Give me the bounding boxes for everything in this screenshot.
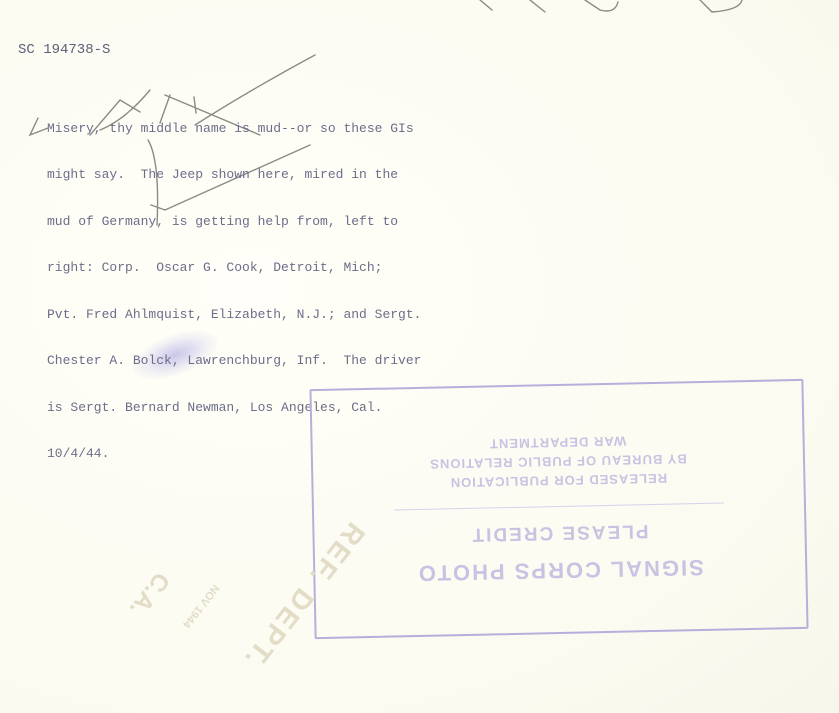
stamp-line: PLEASE CREDIT: [470, 519, 648, 545]
stamp-divider: [394, 503, 724, 511]
caption-line: might say. The Jeep shown here, mired in…: [47, 167, 421, 183]
caption-line: Chester A. Bolck, Lawrenchburg, Inf. The…: [47, 353, 421, 369]
stamp-line: WAR DEPARTMENT: [489, 434, 627, 452]
caption-line: Pvt. Fred Ahlmquist, Elizabeth, N.J.; an…: [47, 307, 421, 323]
ref-dept-text: REF. DEPT.: [237, 516, 372, 676]
ref-dept-initials: C.A.: [123, 566, 175, 621]
caption-line: Misery, thy middle name is mud--or so th…: [47, 121, 421, 137]
faint-ref-dept-stamp: REF. DEPT. C.A. NOV 1944: [95, 540, 395, 700]
caption-line: mud of Germany, is getting help from, le…: [47, 214, 421, 230]
ref-dept-date: NOV 1944: [180, 582, 221, 630]
stamp-line: RELEASED FOR PUBLICATION: [450, 471, 668, 491]
stamp-line: SIGNAL CORPS PHOTO: [417, 554, 704, 586]
photo-id: SC 194738-S: [18, 43, 421, 59]
caption-line: right: Corp. Oscar G. Cook, Detroit, Mic…: [47, 260, 421, 276]
stamp-line: BY BUREAU OF PUBLIC RELATIONS: [429, 451, 687, 471]
